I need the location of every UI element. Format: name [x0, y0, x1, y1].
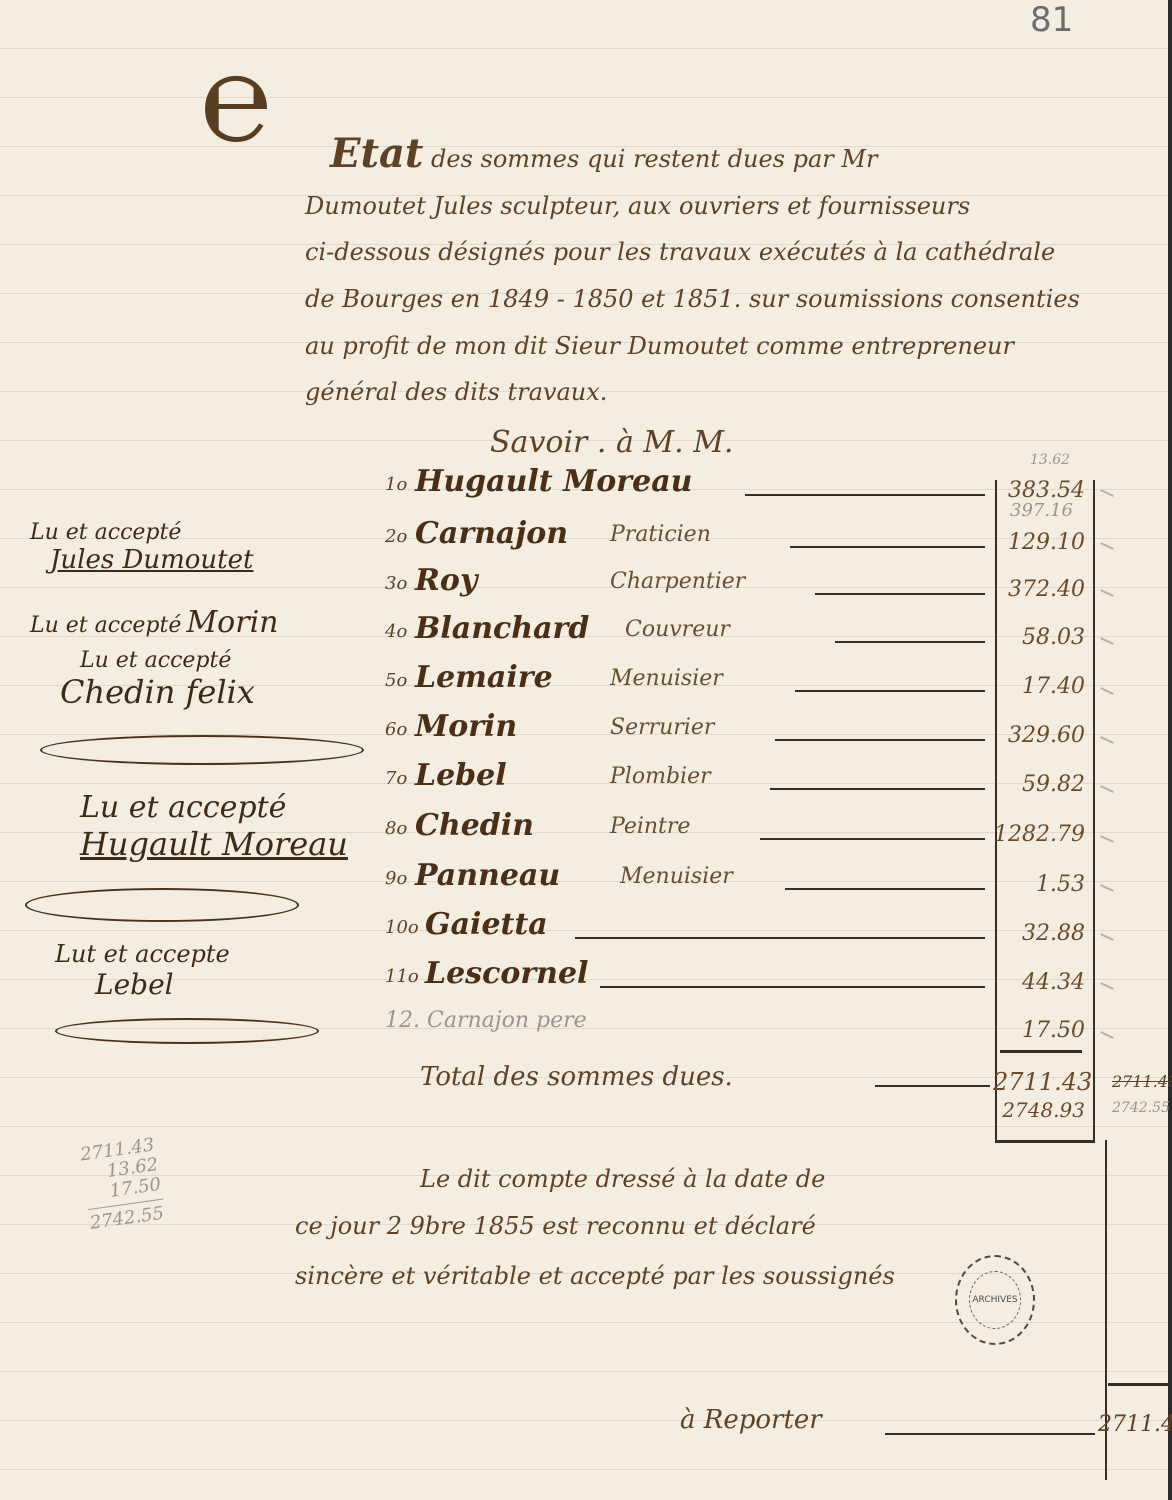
- entry-trade: Praticien: [610, 522, 711, 547]
- archive-stamp: ARCHIVES: [955, 1255, 1035, 1345]
- entry-amount: 129.10: [993, 530, 1085, 555]
- folio-number: 81: [1030, 0, 1073, 40]
- pencil-calculation: 2711.43 13.62 17.50 2742.55: [79, 1135, 166, 1234]
- tick-mark: [1100, 835, 1114, 843]
- carry-amount: 2711.43: [1098, 1412, 1172, 1437]
- signature-block: Lu et accepté Morin: [30, 605, 279, 640]
- entry-name: Gaietta: [425, 907, 548, 942]
- closing-line-3: sincère et véritable et accepté par les …: [295, 1262, 895, 1290]
- tick-mark: [1100, 687, 1114, 695]
- entry-amount: 1.53: [993, 872, 1085, 897]
- entry-trade: Charpentier: [610, 569, 745, 594]
- entry-amount: 329.60: [993, 723, 1085, 748]
- pencil-total-margin: 2742.55: [1112, 1100, 1170, 1116]
- entry-name: Chedin: [415, 808, 534, 843]
- total-amount: 2711.43: [993, 1068, 1085, 1096]
- entry-name: Panneau: [415, 858, 560, 893]
- carry-rule: [1108, 1383, 1168, 1386]
- tick-mark: [1100, 542, 1114, 550]
- total-label: Total des sommes dues.: [420, 1062, 733, 1092]
- ledger-row: 5o Lemaire Menuisier: [385, 664, 995, 700]
- entry-name: Hugault Moreau: [415, 464, 692, 499]
- pencil-entry: 12. Carnajon pere: [385, 1008, 587, 1033]
- entry-name: Morin: [415, 709, 517, 744]
- entry-name: Lebel: [415, 758, 507, 793]
- entry-trade: Serrurier: [610, 715, 714, 740]
- leader-line: [760, 838, 985, 840]
- leader-line: [815, 593, 985, 595]
- tick-mark: [1100, 884, 1114, 892]
- signature-block: Lut et accepte Lebel: [55, 940, 230, 1001]
- ledger-row: 7o Lebel Plombier: [385, 762, 995, 798]
- entry-trade: Peintre: [610, 814, 690, 839]
- leader-line: [785, 888, 985, 890]
- entry-name: Roy: [415, 563, 477, 598]
- leader-line: [795, 690, 985, 692]
- entry-name: Carnajon: [415, 516, 568, 551]
- heading-line-5: au profit de mon dit Sieur Dumoutet comm…: [305, 332, 1014, 360]
- subtotal-rule: [1000, 1050, 1082, 1053]
- tick-mark: [1100, 589, 1114, 597]
- entry-trade: Menuisier: [620, 864, 733, 889]
- ledger-row: 9o Panneau Menuisier: [385, 862, 995, 898]
- closing-line-1: Le dit compte dressé à la date de: [420, 1165, 825, 1193]
- pencil-entry-amount: 17.50: [993, 1018, 1085, 1043]
- entry-name: Blanchard: [415, 611, 589, 646]
- total-leader: [875, 1085, 990, 1087]
- savoir-line: Savoir . à M. M.: [490, 425, 733, 460]
- tick-mark: [1100, 637, 1114, 645]
- leader-line: [835, 641, 985, 643]
- carry-leader: [885, 1433, 1095, 1435]
- signature-flourish: [25, 888, 299, 922]
- heading-line-1: Etat des sommes qui restent dues par Mr: [330, 130, 877, 177]
- closing-line-2: ce jour 2 9bre 1855 est reconnu et décla…: [295, 1212, 816, 1240]
- pencil-total: 2748.93: [993, 1098, 1085, 1122]
- leader-line: [600, 986, 985, 988]
- pencil-subtotal: 397.16: [1010, 500, 1073, 521]
- ledger-row: 6o Morin Serrurier: [385, 713, 995, 749]
- entry-amount: 44.34: [993, 970, 1085, 995]
- tick-mark: [1100, 933, 1114, 941]
- leader-line: [745, 494, 985, 496]
- entry-trade: Couvreur: [625, 617, 730, 642]
- signature-block: Lu et accepté Jules Dumoutet: [30, 520, 253, 575]
- total-margin: 2711.43: [1112, 1072, 1172, 1091]
- decorative-initial: ℮: [200, 40, 272, 160]
- heading-lead-word: Etat: [330, 130, 423, 177]
- tick-mark: [1100, 982, 1114, 990]
- signature-flourish: [40, 735, 364, 765]
- ledger-row: 1o Hugault Moreau: [385, 468, 995, 504]
- heading-line-3: ci-dessous désignés pour les travaux exé…: [305, 238, 1055, 266]
- entry-amount: 372.40: [993, 577, 1085, 602]
- tick-mark: [1100, 736, 1114, 744]
- signature-block: Lu et accepté Hugault Moreau: [80, 790, 348, 863]
- leader-line: [770, 788, 985, 790]
- entry-trade: Menuisier: [610, 666, 723, 691]
- tick-mark: [1100, 785, 1114, 793]
- entry-amount: 17.40: [993, 674, 1085, 699]
- ledger-row: 3o Roy Charpentier: [385, 567, 995, 603]
- entry-name: Lemaire: [415, 660, 553, 695]
- ledger-row: 11o Lescornel: [385, 960, 995, 996]
- leader-line: [575, 937, 985, 939]
- entry-amount: 32.88: [993, 921, 1085, 946]
- heading-line-2: Dumoutet Jules sculpteur, aux ouvriers e…: [305, 192, 970, 220]
- tick-mark: [1100, 489, 1114, 497]
- entry-trade: Plombier: [610, 764, 711, 789]
- heading-line-4: de Bourges en 1849 - 1850 et 1851. sur s…: [305, 285, 1080, 313]
- leader-line: [790, 546, 985, 548]
- tick-mark: [1100, 1031, 1114, 1039]
- ledger-row: 8o Chedin Peintre: [385, 812, 995, 848]
- entry-amount: 59.82: [993, 772, 1085, 797]
- ledger-row: 2o Carnajon Praticien: [385, 520, 995, 556]
- entry-amount: 58.03: [993, 625, 1085, 650]
- signature-block: Lu et accepté Chedin felix: [60, 648, 255, 711]
- pencil-note-top: 13.62: [1030, 452, 1070, 468]
- signature-flourish: [55, 1018, 319, 1044]
- entry-amount: 383.54: [993, 478, 1085, 503]
- ledger-row: 10o Gaietta: [385, 911, 995, 947]
- carry-label: à Reporter: [680, 1405, 822, 1435]
- heading-line-6: général des dits travaux.: [305, 378, 607, 406]
- page-edge: [1168, 0, 1172, 1500]
- entry-name: Lescornel: [425, 956, 588, 991]
- entry-amount: 1282.79: [993, 822, 1085, 847]
- ledger-row: 4o Blanchard Couvreur: [385, 615, 995, 651]
- leader-line: [775, 739, 985, 741]
